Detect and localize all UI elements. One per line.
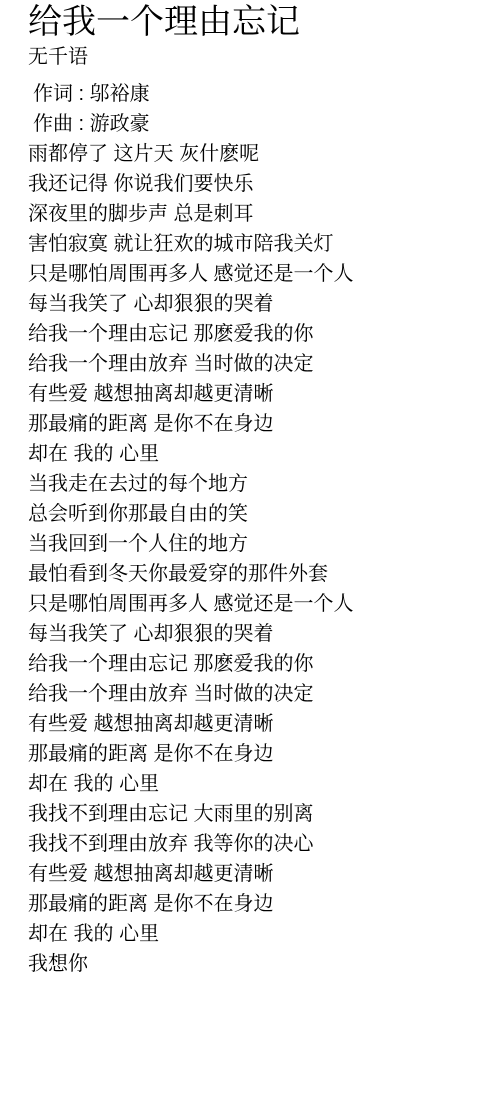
lyric-line: 有些爱 越想抽离却越更清晰	[28, 379, 490, 409]
credit-composer: 作曲 : 游政豪	[28, 109, 490, 139]
lyric-line: 只是哪怕周围再多人 感觉还是一个人	[28, 259, 490, 289]
lyric-line: 当我回到一个人住的地方	[28, 529, 490, 559]
lyric-line: 当我走在去过的每个地方	[28, 469, 490, 499]
lyric-line: 最怕看到冬天你最爱穿的那件外套	[28, 559, 490, 589]
lyric-line: 那最痛的距离 是你不在身边	[28, 739, 490, 769]
lyrics-page: 给我一个理由忘记 无千语 作词 : 邬裕康 作曲 : 游政豪 雨都停了 这片天 …	[0, 0, 500, 979]
lyric-line: 有些爱 越想抽离却越更清晰	[28, 859, 490, 889]
lyric-line: 给我一个理由放弃 当时做的决定	[28, 349, 490, 379]
lyric-line: 我想你	[28, 949, 490, 979]
song-title: 给我一个理由忘记	[28, 2, 490, 42]
lyric-line: 有些爱 越想抽离却越更清晰	[28, 709, 490, 739]
credits-section: 作词 : 邬裕康 作曲 : 游政豪	[28, 79, 490, 139]
lyric-line: 却在 我的 心里	[28, 919, 490, 949]
lyric-line: 总会听到你那最自由的笑	[28, 499, 490, 529]
lyric-line: 我找不到理由放弃 我等你的决心	[28, 829, 490, 859]
lyric-line: 每当我笑了 心却狠狠的哭着	[28, 619, 490, 649]
lyric-line: 给我一个理由放弃 当时做的决定	[28, 679, 490, 709]
lyric-line: 却在 我的 心里	[28, 769, 490, 799]
lyric-line: 给我一个理由忘记 那麽爱我的你	[28, 319, 490, 349]
lyric-line: 给我一个理由忘记 那麽爱我的你	[28, 649, 490, 679]
credit-lyricist: 作词 : 邬裕康	[28, 79, 490, 109]
lyric-line: 我找不到理由忘记 大雨里的别离	[28, 799, 490, 829]
lyric-line: 我还记得 你说我们要快乐	[28, 169, 490, 199]
lyric-line: 每当我笑了 心却狠狠的哭着	[28, 289, 490, 319]
lyric-line: 只是哪怕周围再多人 感觉还是一个人	[28, 589, 490, 619]
lyric-line: 深夜里的脚步声 总是刺耳	[28, 199, 490, 229]
lyric-line: 害怕寂寞 就让狂欢的城市陪我关灯	[28, 229, 490, 259]
lyric-line: 却在 我的 心里	[28, 439, 490, 469]
lyric-line: 那最痛的距离 是你不在身边	[28, 889, 490, 919]
lyrics-section: 雨都停了 这片天 灰什麽呢 我还记得 你说我们要快乐 深夜里的脚步声 总是刺耳 …	[28, 139, 490, 979]
artist-name: 无千语	[28, 44, 490, 70]
lyric-line: 那最痛的距离 是你不在身边	[28, 409, 490, 439]
lyric-line: 雨都停了 这片天 灰什麽呢	[28, 139, 490, 169]
